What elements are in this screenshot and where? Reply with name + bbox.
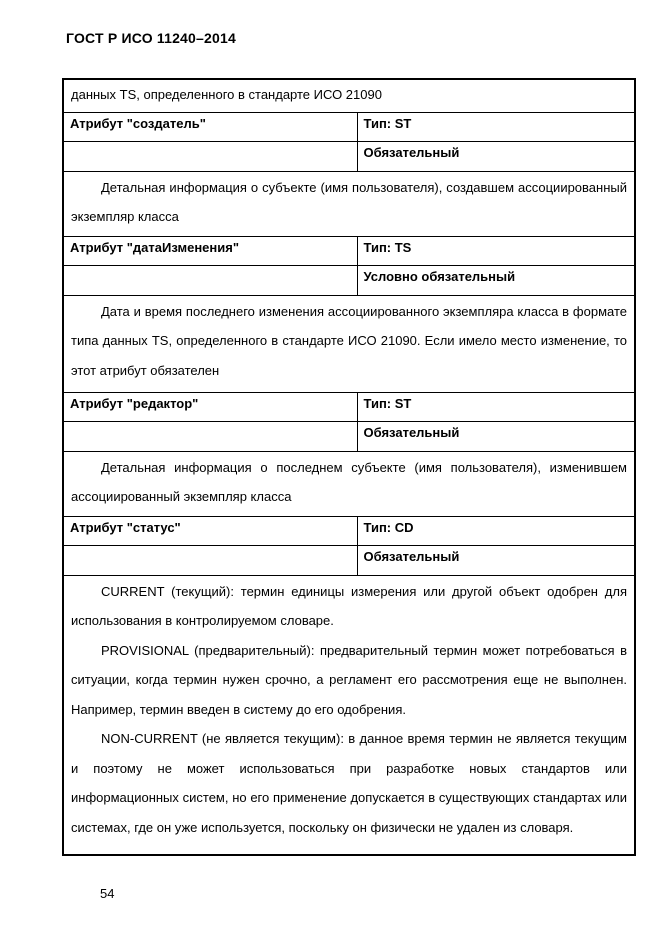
table-row: Атрибут "создатель" Тип: ST	[63, 112, 635, 141]
table-row: Обязательный	[63, 421, 635, 451]
attribute-type-cell: Тип: ST	[357, 392, 635, 421]
attribute-name-cell: Атрибут "статус"	[63, 516, 357, 545]
table-row: Условно обязательный	[63, 265, 635, 295]
attribute-description-cell: Детальная информация о субъекте (имя пол…	[63, 171, 635, 236]
empty-cell	[63, 545, 357, 575]
attribute-requirement-cell: Условно обязательный	[357, 265, 635, 295]
table-row: Атрибут "редактор" Тип: ST	[63, 392, 635, 421]
continuation-text-cell: данных TS, определенного в стандарте ИСО…	[63, 79, 635, 112]
document-page: ГОСТ Р ИСО 11240–2014 данных TS, определ…	[0, 0, 661, 935]
attribute-description-cell: CURRENT (текущий): термин единицы измере…	[63, 575, 635, 855]
table-row: Обязательный	[63, 545, 635, 575]
empty-cell	[63, 141, 357, 171]
attribute-description-cell: Дата и время последнего изменения ассоци…	[63, 295, 635, 392]
attribute-type-cell: Тип: CD	[357, 516, 635, 545]
document-title: ГОСТ Р ИСО 11240–2014	[66, 30, 236, 46]
table-row: CURRENT (текущий): термин единицы измере…	[63, 575, 635, 855]
description-paragraph: CURRENT (текущий): термин единицы измере…	[71, 577, 627, 636]
attribute-name-cell: Атрибут "редактор"	[63, 392, 357, 421]
table-row: Дата и время последнего изменения ассоци…	[63, 295, 635, 392]
attribute-type-cell: Тип: ST	[357, 112, 635, 141]
attribute-requirement-cell: Обязательный	[357, 545, 635, 575]
table-row: Обязательный	[63, 141, 635, 171]
description-paragraph: Детальная информация о субъекте (имя пол…	[71, 173, 627, 232]
table-row: Атрибут "статус" Тип: CD	[63, 516, 635, 545]
table-row: Атрибут "датаИзменения" Тип: TS	[63, 236, 635, 265]
description-paragraph: NON-CURRENT (не является текущим): в дан…	[71, 724, 627, 842]
attribute-requirement-cell: Обязательный	[357, 141, 635, 171]
empty-cell	[63, 421, 357, 451]
attribute-name-cell: Атрибут "создатель"	[63, 112, 357, 141]
attribute-name-cell: Атрибут "датаИзменения"	[63, 236, 357, 265]
table-row: данных TS, определенного в стандарте ИСО…	[63, 79, 635, 112]
description-paragraph: Детальная информация о последнем субъект…	[71, 453, 627, 512]
empty-cell	[63, 265, 357, 295]
description-paragraph: PROVISIONAL (предварительный): предварит…	[71, 636, 627, 725]
table-row: Детальная информация о последнем субъект…	[63, 451, 635, 516]
table-row: Детальная информация о субъекте (имя пол…	[63, 171, 635, 236]
page-number: 54	[100, 886, 114, 901]
description-paragraph: Дата и время последнего изменения ассоци…	[71, 297, 627, 386]
attributes-table: данных TS, определенного в стандарте ИСО…	[62, 78, 636, 856]
attribute-description-cell: Детальная информация о последнем субъект…	[63, 451, 635, 516]
attribute-requirement-cell: Обязательный	[357, 421, 635, 451]
attribute-type-cell: Тип: TS	[357, 236, 635, 265]
